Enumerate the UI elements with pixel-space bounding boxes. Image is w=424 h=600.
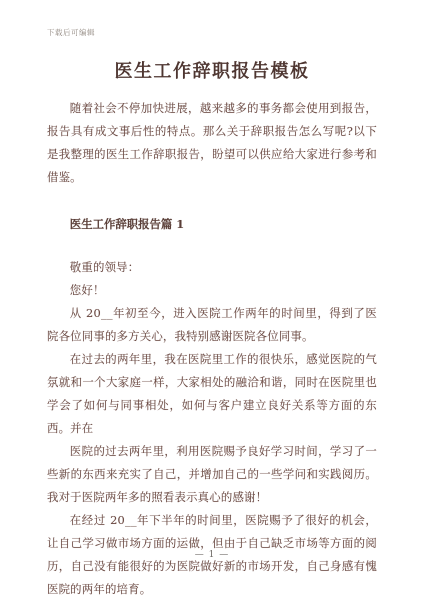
intro-paragraph: 随着社会不停加快进展，越来越多的事务都会使用到报告，报告具有成文事后性的特点。那…	[47, 97, 377, 189]
greeting-line: 您好！	[47, 279, 377, 302]
body-paragraph: 医院的过去两年里，利用医院赐予良好学习时间，学习了一些新的东西来充实了自己，并增…	[47, 440, 377, 509]
body-paragraph: 在过去的两年里，我在医院里工作的很快乐，感觉医院的气氛就和一个大家庭一样，大家相…	[47, 348, 377, 440]
editable-after-download-note: 下载后可编辑	[47, 27, 95, 38]
section-heading: 医生工作辞职报告篇 1	[47, 213, 377, 236]
document-body: 随着社会不停加快进展，越来越多的事务都会使用到报告，报告具有成文事后性的特点。那…	[0, 97, 424, 600]
body-paragraph: 从 20__年初至今，进入医院工作两年的时间里，得到了医院各位同事的多方关心，我…	[47, 302, 377, 348]
salutation-line: 敬重的领导：	[47, 256, 377, 279]
document-page: 下载后可编辑 医生工作辞职报告模板 随着社会不停加快进展，越来越多的事务都会使用…	[0, 0, 424, 600]
page-number: — 1 —	[0, 550, 424, 560]
document-title: 医生工作辞职报告模板	[0, 0, 424, 86]
